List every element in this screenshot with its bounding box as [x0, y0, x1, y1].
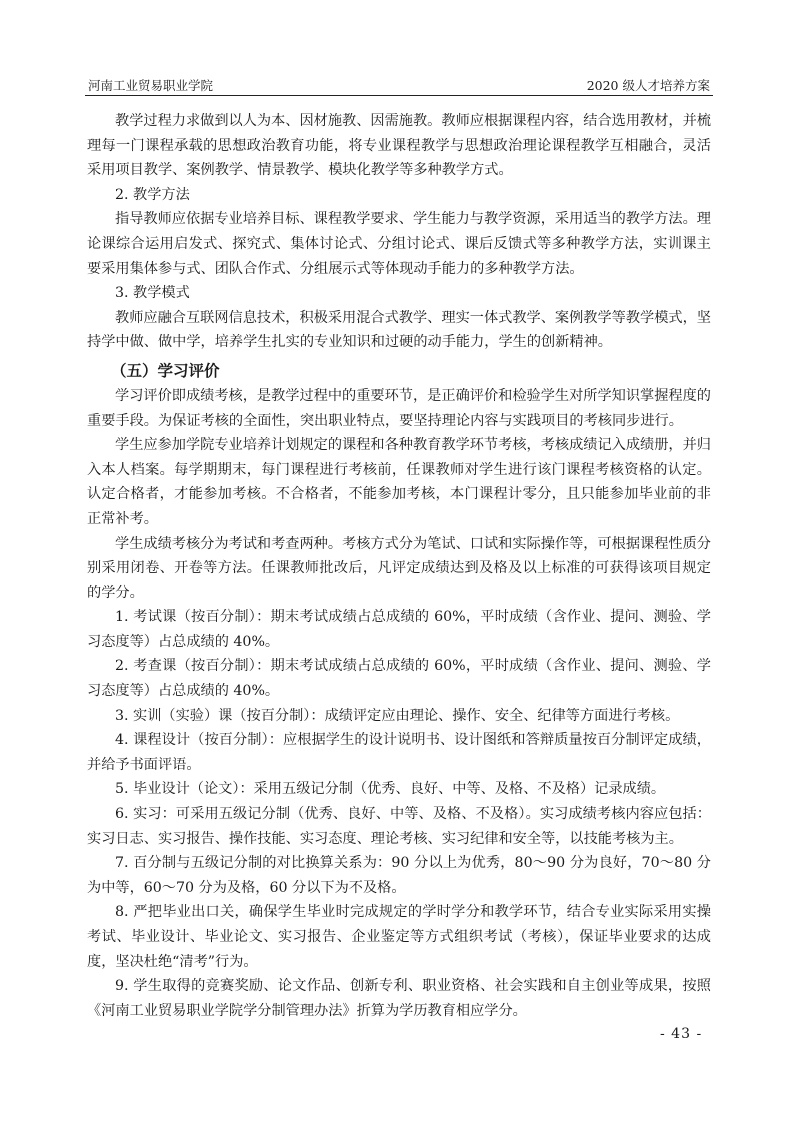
teaching-modes-body: 教师应融合互联网信息技术，积极采用混合式教学、理实一体式教学、案例教学等教学模式…	[87, 306, 711, 355]
teaching-methods-heading: 2. 教学方法	[87, 183, 711, 208]
rule-item: 5. 毕业设计（论文）：采用五级记分制（优秀、良好、中等、及格、不及格）记录成绩…	[87, 777, 711, 802]
rule-item: 2. 考查课（按百分制）：期末考试成绩占总成绩的 60%，平时成绩（含作业、提问…	[87, 654, 711, 703]
header-rule	[85, 95, 713, 96]
page-header: 河南工业贸易职业学院 2020 级人才培养方案	[86, 76, 712, 94]
rule-item: 8. 严把毕业出口关，确保学生毕业时完成规定的学时学分和教学环节，结合专业实际采…	[87, 900, 711, 974]
evaluation-paragraph: 学生成绩考核分为考试和考查两种。考核方式分为笔试、口试和实际操作等，可根据课程性…	[87, 532, 711, 606]
teaching-modes-heading: 3. 教学模式	[87, 281, 711, 306]
evaluation-paragraph: 学生应参加学院专业培养计划规定的课程和各种教育教学环节考核，考核成绩记入成绩册，…	[87, 433, 711, 531]
page-number: - 43 -	[660, 1026, 702, 1042]
rule-item: 7. 百分制与五级记分制的对比换算关系为：90 分以上为优秀，80～90 分为良…	[87, 851, 711, 900]
header-institution: 河南工业贸易职业学院	[88, 76, 213, 94]
rule-item: 4. 课程设计（按百分制）：应根据学生的设计说明书、设计图纸和答辩质量按百分制评…	[87, 728, 711, 777]
rule-item: 3. 实训（实验）课（按百分制）：成绩评定应由理论、操作、安全、纪律等方面进行考…	[87, 704, 711, 729]
section-heading-evaluation: （五）学习评价	[87, 358, 711, 384]
teaching-methods-body: 指导教师应依据专业培养目标、课程教学要求、学生能力与教学资源，采用适当的教学方法…	[87, 207, 711, 281]
rule-item: 6. 实习：可采用五级记分制（优秀、良好、中等、及格、不及格）。实习成绩考核内容…	[87, 802, 711, 851]
rule-item: 1. 考试课（按百分制）：期末考试成绩占总成绩的 60%，平时成绩（含作业、提问…	[87, 605, 711, 654]
rule-item: 9. 学生取得的竞赛奖励、论文作品、创新专利、职业资格、社会实践和自主创业等成果…	[87, 974, 711, 1023]
page-body: 教学过程力求做到以人为本、因材施教、因需施教。教师应根据课程内容，结合选用教材，…	[87, 109, 711, 1023]
intro-paragraph: 教学过程力求做到以人为本、因材施教、因需施教。教师应根据课程内容，结合选用教材，…	[87, 109, 711, 183]
evaluation-paragraph: 学习评价即成绩考核，是教学过程中的重要环节，是正确评价和检验学生对所学知识掌握程…	[87, 384, 711, 433]
header-doc-title: 2020 级人才培养方案	[587, 76, 710, 94]
